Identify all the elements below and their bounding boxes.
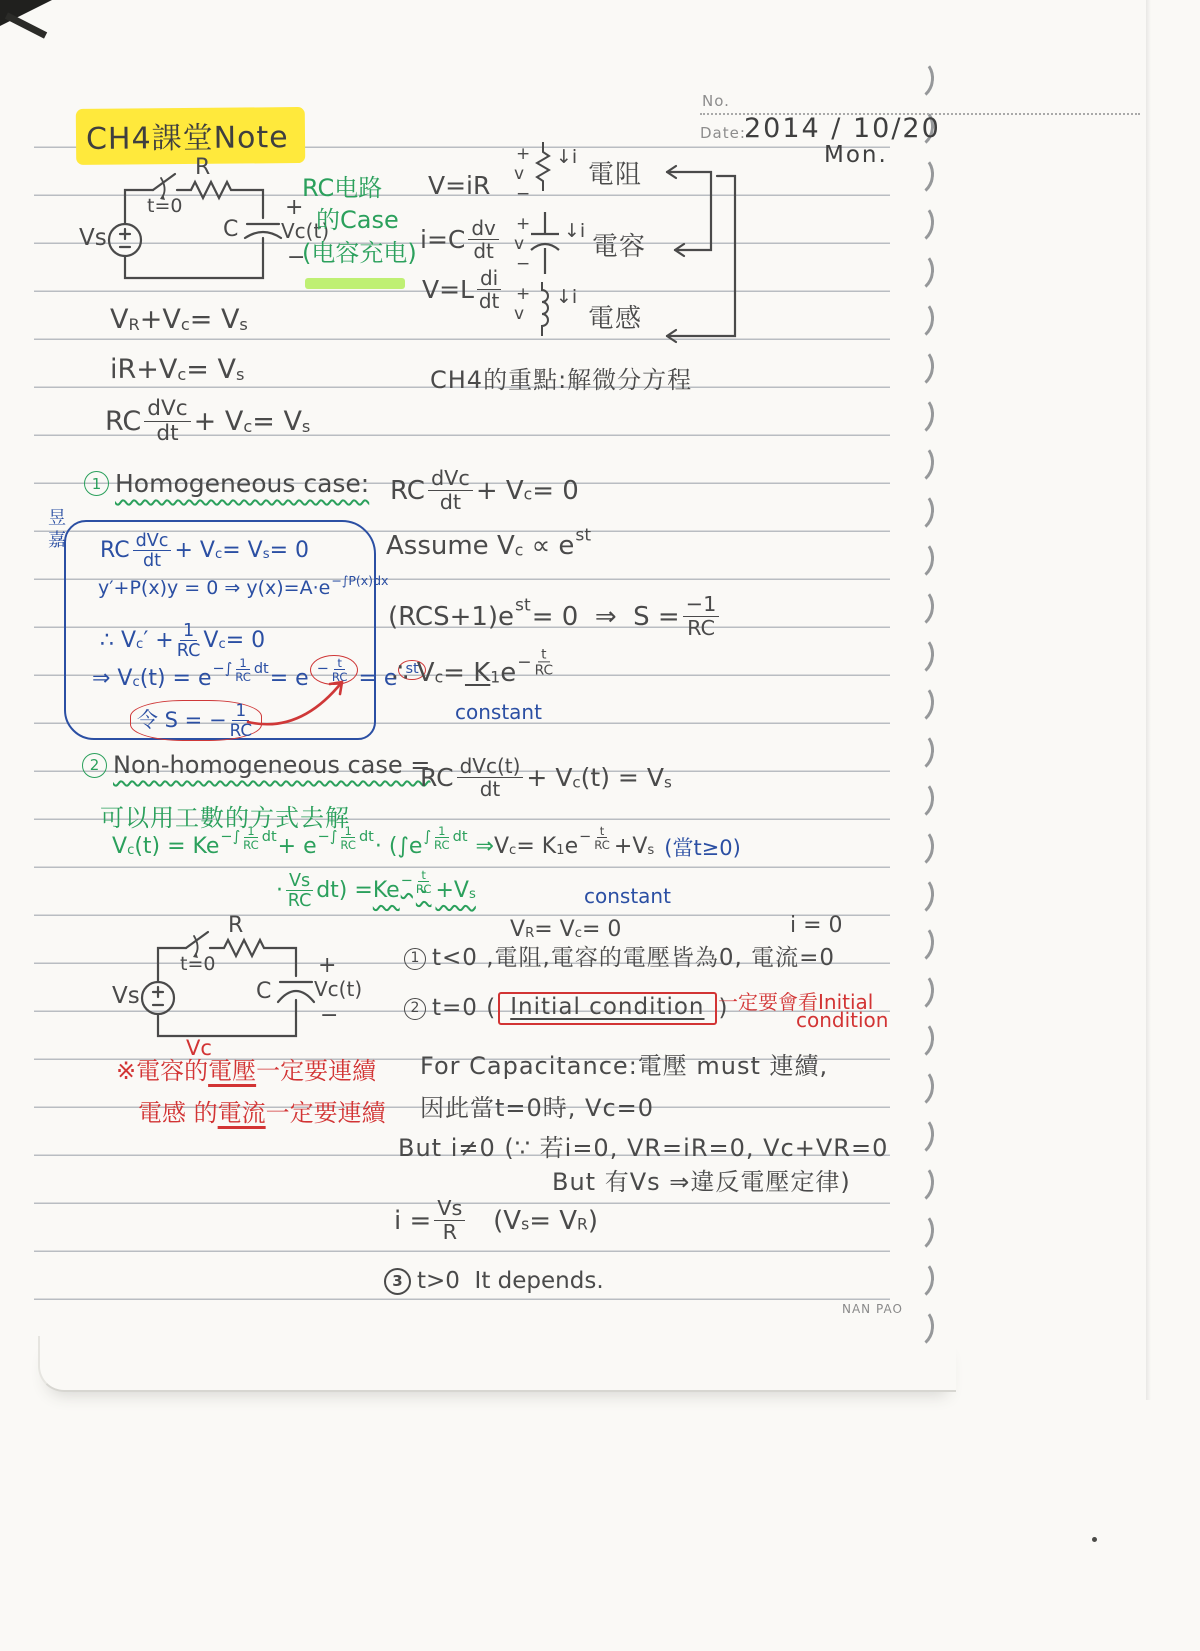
constant-note-1: constant <box>455 700 542 724</box>
kvl-eq3: RCdVcdt+ Vc= Vs <box>105 398 310 445</box>
circuit1-wires <box>95 160 305 310</box>
capacitor-current-arrow: ↓i <box>564 220 585 242</box>
scan-right-edge-shadow <box>1146 0 1151 1400</box>
capacitance-note1: For Capacitance:電壓 must 連續, <box>420 1046 828 1081</box>
characteristic-eq: (RCS+1)est= 0 ⇒ S =−1RC <box>388 594 722 640</box>
initial-condition-note2: condition <box>796 1008 888 1032</box>
brand-mark: NAN PAO <box>842 1302 903 1316</box>
resistor-plus: + <box>516 144 530 164</box>
spiral-arc <box>896 536 937 582</box>
kvl-eq1: VR+Vc= Vs <box>110 305 248 335</box>
vr-vc-zero: VR= Vc= 0 <box>510 918 621 942</box>
spiral-arc <box>896 152 937 198</box>
circuit1-source-label: Vs <box>79 226 107 251</box>
assume-line: Assume Vc ∝ est <box>386 532 592 561</box>
spiral-arc <box>896 584 937 630</box>
general-solution: Vc= K1e−tRC+Vs <box>494 834 654 860</box>
kvl-eq2: iR+Vc= Vs <box>110 355 244 385</box>
nonhomogeneous-number: 2 <box>82 753 107 778</box>
spiral-arc <box>896 200 937 246</box>
spiral-arc <box>896 872 937 918</box>
weekday: Mon. <box>824 142 888 168</box>
i-zero: i = 0 <box>790 914 843 938</box>
green-highlight-bar <box>305 278 405 289</box>
inductor-equation: V=Ldidt <box>422 268 504 312</box>
circuit1-plus: + <box>285 196 303 220</box>
spiral-arc <box>896 1256 937 1302</box>
circuit2-switch-label: t=0 <box>180 954 215 975</box>
nonhomogeneous-work-line2: ·VsRCdt) = Ke−tRC+Vs <box>276 872 476 911</box>
box-line1: RCdVcdt+ Vc= Vs= 0 <box>100 532 309 571</box>
case1-line: 1 t<0 ,電阻,電容的電壓皆為0, 電流=0 <box>404 946 835 971</box>
but-line2: But 有Vs ⇒違反電壓定律) <box>552 1162 851 1197</box>
circuit2-diagram: R t=0 Vs C + Vc(t) − <box>128 918 338 1068</box>
spiral-arc <box>896 1208 937 1254</box>
spiral-arc <box>896 296 937 342</box>
capacitance-note2: 因此當t=0時, Vc=0 <box>420 1088 654 1123</box>
resistor-equation: V=iR <box>428 172 490 200</box>
no-label: No. <box>702 92 730 110</box>
resistor-current-arrow: ↓i <box>556 146 577 168</box>
spiral-arc <box>896 920 937 966</box>
constant-note-2: constant <box>584 884 671 908</box>
green-note-line3: (电容充电) <box>302 237 417 269</box>
nonhomogeneous-title: Non-homogeneous case = <box>113 752 430 778</box>
green-note: RC电路 的Case (电容充电) <box>302 172 417 269</box>
spiral-arc <box>896 440 937 486</box>
spiral-arc <box>896 248 937 294</box>
circuit2-wires <box>128 918 338 1068</box>
nonhomogeneous-equation: RCdVc(t)dt+ Vc(t) = Vs <box>420 756 672 800</box>
capacitor-v: v <box>514 234 524 254</box>
resistor-label: 電阻 <box>588 154 642 191</box>
case1-text: t<0 ,電阻,電容的電壓皆為0, 電流=0 <box>432 946 835 971</box>
current-equation: i =VsR (Vs= VR) <box>394 1198 598 1244</box>
spiral-arc <box>896 392 937 438</box>
capacitor-icon <box>528 210 562 276</box>
inductor-plus: + <box>516 284 530 304</box>
circuit1-cap-label: C <box>223 218 238 242</box>
page-title: CH4課堂Note <box>86 120 289 157</box>
homogeneous-number: 1 <box>84 471 109 496</box>
date-value: 2014 / 10/20 <box>744 113 941 144</box>
spiral-arc <box>896 776 937 822</box>
case2-number: 2 <box>404 998 426 1020</box>
homogeneous-title: Homogeneous case: <box>115 470 369 498</box>
spiral-arc <box>896 488 937 534</box>
initial-condition-boxed: Initial condition <box>498 992 716 1025</box>
spiral-binding <box>898 58 942 1348</box>
domain-note: (當t≥0) <box>664 832 741 862</box>
spiral-arc <box>896 1064 937 1110</box>
but-line1: But i≠0 (∵ 若i=0, VR=iR=0, Vc+VR=0 <box>398 1128 888 1163</box>
circuit2-source-label: Vs <box>112 984 140 1009</box>
bracket-arrows <box>655 150 747 355</box>
box-line2: y′+P(x)y = 0 ⇒ y(x)=A·e−∫P(x)dx <box>98 578 389 599</box>
homogeneous-heading: 1 Homogeneous case: <box>84 470 369 498</box>
margin-name: 昱嘉 <box>42 508 68 552</box>
page-bottom-edge <box>38 1336 956 1392</box>
work2b-green-wavy: Ke−tRC+Vs <box>373 878 476 904</box>
capacitor-label: 電容 <box>592 226 646 263</box>
circuit1-diagram: R t=0 Vs C + Vc(t) − <box>95 160 305 310</box>
inductor-current-arrow: ↓i <box>556 286 577 308</box>
nonhomogeneous-heading: 2 Non-homogeneous case = <box>82 752 430 778</box>
inductor-current-rule: 電感 的電流一定要連續 <box>138 1100 386 1126</box>
spiral-arc <box>896 968 937 1014</box>
homogeneous-equation: RCdVcdt+ Vc= 0 <box>390 468 579 514</box>
green-note-line1: RC电路 <box>302 172 417 204</box>
resistor-minus: − <box>516 184 530 204</box>
circuit1-switch-label: t=0 <box>147 196 182 217</box>
circuit2-voltage-label: Vc(t) <box>314 978 362 1000</box>
circuit1-resistor-label: R <box>195 156 210 180</box>
chapter-keypoint: CH4的重點:解微分方程 <box>430 360 692 395</box>
case1-number: 1 <box>404 948 426 970</box>
nonhomogeneous-work-line: Vc(t) = Ke−∫1RCdt+ e−∫1RCdt· (∫e∫1RCdt ⇒… <box>112 832 741 862</box>
homogeneous-solution: ∴ Vc= K1e−tRC <box>392 658 557 689</box>
spiral-arc <box>896 344 937 390</box>
green-note-line2: 的Case <box>302 204 417 236</box>
date-label: Date: <box>700 124 746 142</box>
case2-pre: t=0 ( <box>432 996 496 1021</box>
case2-line: 2 t=0 ( Initial condition ) <box>404 992 729 1025</box>
resistor-icon <box>532 140 554 206</box>
resistor-v: v <box>514 164 524 184</box>
inductor-v: v <box>514 304 524 324</box>
circuit2-minus: − <box>320 1004 338 1028</box>
circuit2-resistor-label: R <box>228 914 243 938</box>
spiral-arc <box>896 56 937 102</box>
circuit2-plus: + <box>318 954 336 978</box>
inductor-label: 電感 <box>588 298 642 335</box>
spiral-arc <box>896 728 937 774</box>
capacitor-equation: i=Cdvdt <box>420 218 502 262</box>
spiral-arc <box>896 680 937 726</box>
spiral-arc <box>896 824 937 870</box>
scan-speck <box>1092 1537 1097 1542</box>
case3-number: 3 <box>384 1268 411 1295</box>
inductor-icon <box>532 280 552 348</box>
spiral-arc <box>896 1016 937 1062</box>
case3-text: t>0 It depends. <box>417 1269 604 1294</box>
title-highlight: CH4課堂Note <box>78 109 303 163</box>
work2a-green: ·VsRCdt) = <box>276 872 373 911</box>
spiral-arc <box>896 632 937 678</box>
spiral-arc <box>896 1112 937 1158</box>
capacitor-voltage-rule: ※電容的電壓一定要連續 <box>116 1058 376 1084</box>
circuit2-cap-label: C <box>256 980 271 1004</box>
red-arrow <box>240 672 360 730</box>
case3-line: 3 t>0 It depends. <box>384 1268 604 1295</box>
spiral-arc <box>896 1160 937 1206</box>
work1-green: Vc(t) = Ke−∫1RCdt+ e−∫1RCdt· (∫e∫1RCdt ⇒ <box>112 834 494 860</box>
